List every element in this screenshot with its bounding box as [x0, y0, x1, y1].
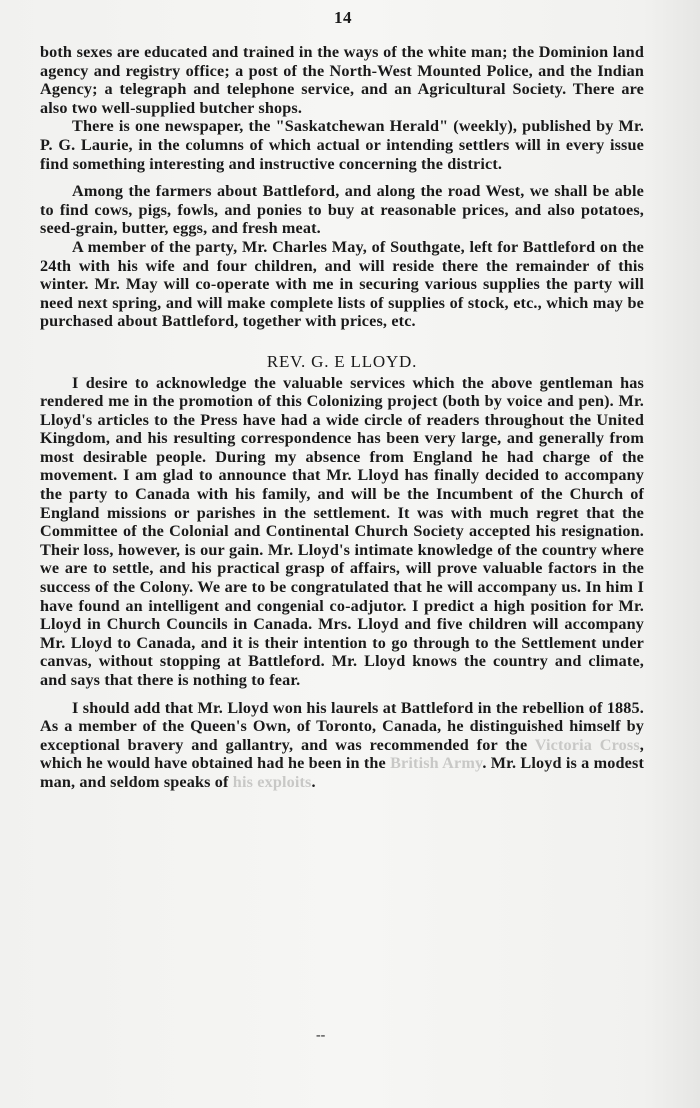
- paragraph-lloyd-acknowledgement: I desire to acknowledge the valuable ser…: [40, 374, 644, 690]
- paragraph-newspaper: There is one newspaper, the "Saskatchewa…: [40, 117, 644, 173]
- faded-text-run: his exploits: [233, 773, 312, 791]
- text-run: .: [312, 773, 316, 791]
- section-heading: REV. G. E LLOYD.: [40, 353, 644, 372]
- paragraph-gap: [40, 690, 644, 699]
- page-number: 14: [0, 8, 686, 28]
- paragraph-farmers: Among the farmers about Battleford, and …: [40, 182, 644, 238]
- footer-mark: --: [316, 1028, 325, 1044]
- body-text: both sexes are educated and trained in t…: [40, 43, 644, 792]
- document-page: 14 both sexes are educated and trained i…: [0, 0, 700, 1108]
- paragraph-institutions: both sexes are educated and trained in t…: [40, 43, 644, 117]
- paragraph-charles-may: A member of the party, Mr. Charles May, …: [40, 238, 644, 331]
- faded-text-run: British Army: [390, 754, 482, 772]
- paragraph-gap: [40, 173, 644, 182]
- paragraph-lloyd-rebellion: I should add that Mr. Lloyd won his laur…: [40, 699, 644, 792]
- faded-text-run: Victoria Cross: [535, 736, 640, 754]
